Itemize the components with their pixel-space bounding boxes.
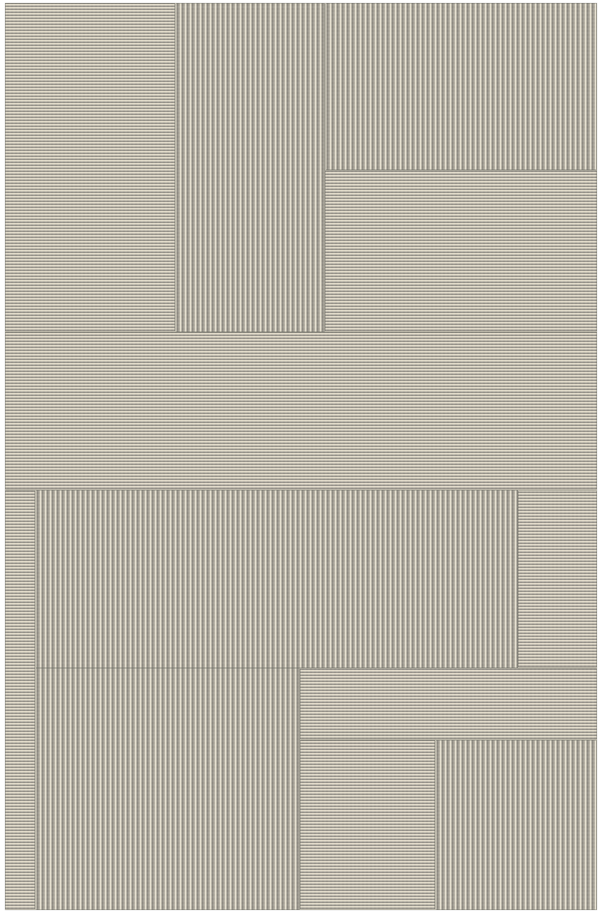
- rug-block-center: [35, 490, 518, 668]
- rug-block-top-left: [5, 3, 175, 332]
- rug-block-top-middle: [175, 3, 325, 332]
- rug: [5, 3, 597, 910]
- rug-block-right-strip: [518, 490, 597, 668]
- rug-block-right-middle: [325, 170, 597, 332]
- rug-block-lower-band: [300, 668, 597, 740]
- rug-block-middle-band: [5, 332, 597, 490]
- rug-block-left-strip: [5, 490, 35, 910]
- rug-block-lower-left: [35, 668, 300, 910]
- rug-block-lower-middle: [300, 740, 435, 910]
- rug-block-top-right: [325, 3, 597, 170]
- rug-block-lower-right: [435, 740, 597, 910]
